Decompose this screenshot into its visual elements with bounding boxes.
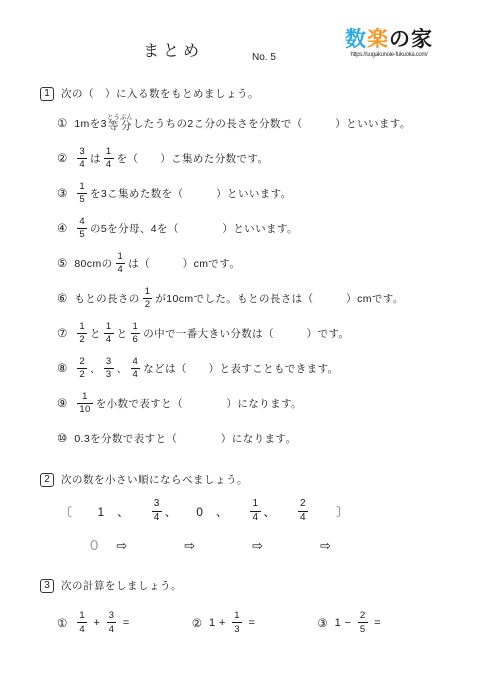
fraction-denominator: 3: [232, 622, 242, 634]
text-run: は（ ）cmです。: [128, 256, 240, 271]
logo: 数楽の家 https://sugakunoie-fukuoka.com/: [330, 28, 448, 58]
fraction: 34: [152, 499, 162, 523]
question-number: ⑩: [57, 431, 67, 445]
fraction-numerator: 1: [77, 182, 87, 193]
problem-expression: 1 − 25 =: [335, 611, 381, 634]
question-item: ① 1mを3等分とうぶんしたうちの2こ分の長さを分数で（ ）といいます。: [57, 111, 461, 135]
text-run: 〔 1 、: [60, 503, 149, 520]
fraction-denominator: 5: [77, 228, 87, 240]
text-run: を小数で表すと（ ）になります。: [96, 396, 302, 411]
fraction-denominator: 4: [77, 158, 87, 170]
section-number-box: 3: [40, 579, 54, 593]
section-1: 1 次の（ ）に入る数をもとめましょう。 ① 1mを3等分とうぶんしたうちの2こ…: [40, 86, 461, 450]
question-item: ⑥ もとの長さの12が10cmでした。もとの長さは（ ）cmです。: [57, 286, 461, 310]
fraction-denominator: 4: [298, 511, 308, 524]
fraction-numerator: 4: [77, 217, 87, 228]
question-text: 34は14を（ ）こ集めた分数です。: [74, 147, 268, 170]
text-run: が10cmでした。もとの長さは（ ）cmです。: [155, 291, 403, 306]
question-item: ④ 45の5を分母、4を（ ）といいます。: [57, 216, 461, 240]
fraction-denominator: 4: [104, 333, 114, 345]
question-item: ⑦ 12と14と16の中で一番大きい分数は（ ）です。: [57, 321, 461, 345]
text-run: と: [117, 326, 128, 341]
problem-expression: 14 + 34 =: [74, 611, 129, 634]
page-title: まとめ: [143, 38, 203, 61]
text-run: =: [371, 617, 381, 629]
text-run: 、: [264, 503, 296, 520]
page-number: No. 5: [252, 52, 276, 63]
header: まとめ No. 5 数楽の家 https://sugakunoie-fukuok…: [0, 0, 481, 72]
worksheet-page: まとめ No. 5 数楽の家 https://sugakunoie-fukuok…: [0, 0, 481, 687]
fraction-denominator: 4: [77, 622, 87, 634]
text-run: =: [245, 617, 255, 629]
problem-expression: 1 + 13 =: [209, 611, 255, 634]
fraction-denominator: 2: [77, 368, 87, 380]
arrow-sequence: ⇨⇨⇨⇨: [116, 538, 331, 554]
question-number: ④: [57, 221, 67, 235]
fraction: 34: [107, 611, 117, 634]
calc-problem: ① 14 + 34 =: [57, 611, 130, 634]
fraction-denominator: 4: [152, 511, 162, 524]
section-number-box: 2: [40, 473, 54, 487]
text-run: の5を分母、4を（ ）といいます。: [90, 221, 298, 236]
text-run: の中で一番大きい分数は（ ）です。: [143, 326, 349, 341]
fraction: 34: [77, 147, 87, 170]
text-run: 、 0 、: [165, 503, 248, 520]
question-number: ⑦: [57, 326, 67, 340]
fraction-numerator: 1: [104, 147, 114, 158]
fraction: 44: [131, 357, 141, 380]
fraction-numerator: 2: [358, 611, 368, 622]
question-item: ② 34は14を（ ）こ集めた分数です。: [57, 146, 461, 170]
fraction-numerator: 3: [77, 147, 87, 158]
text-run: 0.3を分数で表すと（ ）になります。: [74, 431, 296, 446]
section-title: 次の（ ）に入る数をもとめましょう。: [61, 86, 259, 101]
fraction: 24: [298, 499, 308, 523]
fraction-denominator: 4: [107, 622, 117, 634]
question-item: ⑨ 110を小数で表すと（ ）になります。: [57, 391, 461, 415]
fraction-denominator: 5: [358, 622, 368, 634]
problem-number: ①: [57, 616, 67, 630]
text-run: 、: [90, 361, 101, 376]
logo-url: https://sugakunoie-fukuoka.com/: [330, 52, 448, 58]
fraction-denominator: 5: [77, 193, 87, 205]
question-text: 80cmの14は（ ）cmです。: [74, 252, 240, 275]
text-run: +: [90, 617, 104, 629]
problem-number: ③: [317, 616, 327, 630]
question-number: ⑤: [57, 256, 67, 270]
fraction: 12: [77, 322, 87, 345]
fraction: 14: [104, 147, 114, 170]
text-run: は: [90, 151, 101, 166]
fraction: 14: [77, 611, 87, 634]
fraction: 12: [143, 287, 153, 310]
text-run: 〕: [311, 503, 349, 520]
fraction: 33: [104, 357, 114, 380]
calc-problem: ③ 1 − 25 =: [317, 611, 381, 634]
logo-char-black: の家: [389, 28, 433, 51]
fraction: 14: [104, 322, 114, 345]
fraction-numerator: 1: [143, 287, 153, 298]
fraction-denominator: 4: [104, 158, 114, 170]
number-list: 〔 1 、 34、 0 、 14、 24 〕: [40, 499, 461, 523]
question-list: ① 1mを3等分とうぶんしたうちの2こ分の長さを分数で（ ）といいます。 ② 3…: [40, 111, 461, 450]
fraction-numerator: 1: [77, 611, 87, 622]
section-3-heading: 3 次の計算をしましょう。: [40, 578, 461, 593]
text-run: 1 −: [335, 617, 355, 629]
section-title: 次の計算をしましょう。: [61, 578, 182, 593]
calc-problem: ② 1 + 13 =: [192, 611, 256, 634]
section-number-box: 1: [40, 87, 54, 101]
question-item: ③ 15を3こ集めた数を（ ）といいます。: [57, 181, 461, 205]
fraction-numerator: 3: [152, 499, 162, 511]
question-text: 12と14と16の中で一番大きい分数は（ ）です。: [74, 322, 349, 345]
fraction: 22: [77, 357, 87, 380]
fraction-numerator: 1: [131, 322, 141, 333]
fraction-numerator: 1: [116, 252, 126, 263]
text-run: =: [119, 617, 129, 629]
problem-number: ②: [192, 616, 202, 630]
logo-text: 数楽の家: [330, 28, 448, 51]
fraction-denominator: 4: [116, 263, 126, 275]
question-number: ③: [57, 186, 67, 200]
question-number: ⑥: [57, 291, 67, 305]
fraction: 13: [232, 611, 242, 634]
text-run: と: [90, 326, 101, 341]
fraction-numerator: 1: [232, 611, 242, 622]
fraction-numerator: 2: [77, 357, 87, 368]
question-number: ⑧: [57, 361, 67, 375]
fraction-denominator: 2: [143, 298, 153, 310]
text-run: 80cmの: [74, 256, 112, 271]
fraction-denominator: 6: [131, 333, 141, 345]
answer-row: 0 ⇨⇨⇨⇨: [40, 537, 461, 554]
fraction: 25: [358, 611, 368, 634]
question-text: 22、33、44などは（ ）と表すこともできます。: [74, 357, 338, 380]
fraction-denominator: 2: [77, 333, 87, 345]
question-item: ⑤ 80cmの14は（ ）cmです。: [57, 251, 461, 275]
question-number: ②: [57, 151, 67, 165]
fraction: 16: [131, 322, 141, 345]
text-run: もとの長さの: [74, 291, 139, 306]
fraction-numerator: 1: [80, 392, 90, 403]
fraction-numerator: 1: [77, 322, 87, 333]
fraction-numerator: 3: [104, 357, 114, 368]
fraction: 14: [116, 252, 126, 275]
section-3: 3 次の計算をしましょう。 ① 14 + 34 = ② 1 + 13 =: [40, 578, 461, 634]
section-1-heading: 1 次の（ ）に入る数をもとめましょう。: [40, 86, 461, 101]
text-run: を（ ）こ集めた分数です。: [117, 151, 269, 166]
question-text: 45の5を分母、4を（ ）といいます。: [74, 217, 298, 240]
prefilled-answer: 0: [90, 537, 98, 554]
question-item: ⑧ 22、33、44などは（ ）と表すこともできます。: [57, 356, 461, 380]
text-run: 1 +: [209, 617, 229, 629]
question-number: ①: [57, 116, 67, 130]
text-run: を3こ集めた数を（ ）といいます。: [90, 186, 292, 201]
text-run: したうちの2こ分の長さを分数で（ ）といいます。: [133, 116, 411, 131]
logo-char-orange: 楽: [367, 28, 389, 51]
fraction: 110: [77, 392, 92, 415]
fraction: 45: [77, 217, 87, 240]
fraction: 14: [250, 499, 260, 523]
text-run: 1mを3: [74, 116, 107, 131]
question-text: 1mを3等分とうぶんしたうちの2こ分の長さを分数で（ ）といいます。: [74, 114, 410, 133]
right-arrow-icon: ⇨: [184, 538, 195, 554]
section-2-heading: 2 次の数を小さい順にならべましょう。: [40, 472, 461, 487]
fraction-denominator: 3: [104, 368, 114, 380]
worksheet-content: 1 次の（ ）に入る数をもとめましょう。 ① 1mを3等分とうぶんしたうちの2こ…: [0, 86, 481, 634]
right-arrow-icon: ⇨: [252, 538, 263, 554]
furigana-text: 等分とうぶん: [107, 114, 133, 133]
right-arrow-icon: ⇨: [116, 538, 127, 554]
calculation-list: ① 14 + 34 = ② 1 + 13 = ③ 1 − 25 =: [40, 611, 461, 634]
question-text: 15を3こ集めた数を（ ）といいます。: [74, 182, 291, 205]
text-run: などは（ ）と表すこともできます。: [143, 361, 338, 376]
question-text: もとの長さの12が10cmでした。もとの長さは（ ）cmです。: [74, 287, 403, 310]
fraction-numerator: 2: [298, 499, 308, 511]
fraction-numerator: 1: [104, 322, 114, 333]
text-run: 、: [117, 361, 128, 376]
fraction: 15: [77, 182, 87, 205]
question-text: 110を小数で表すと（ ）になります。: [74, 392, 302, 415]
section-title: 次の数を小さい順にならべましょう。: [61, 472, 248, 487]
right-arrow-icon: ⇨: [320, 538, 331, 554]
section-2: 2 次の数を小さい順にならべましょう。 〔 1 、 34、 0 、 14、 24…: [40, 472, 461, 554]
question-text: 0.3を分数で表すと（ ）になります。: [74, 431, 296, 446]
fraction-denominator: 10: [77, 403, 92, 415]
fraction-denominator: 4: [250, 511, 260, 524]
fraction-numerator: 3: [107, 611, 117, 622]
fraction-denominator: 4: [131, 368, 141, 380]
question-number: ⑨: [57, 396, 67, 410]
logo-char-blue: 数: [345, 28, 367, 51]
question-item: ⑩ 0.3を分数で表すと（ ）になります。: [57, 426, 461, 450]
fraction-numerator: 1: [250, 499, 260, 511]
fraction-numerator: 4: [131, 357, 141, 368]
